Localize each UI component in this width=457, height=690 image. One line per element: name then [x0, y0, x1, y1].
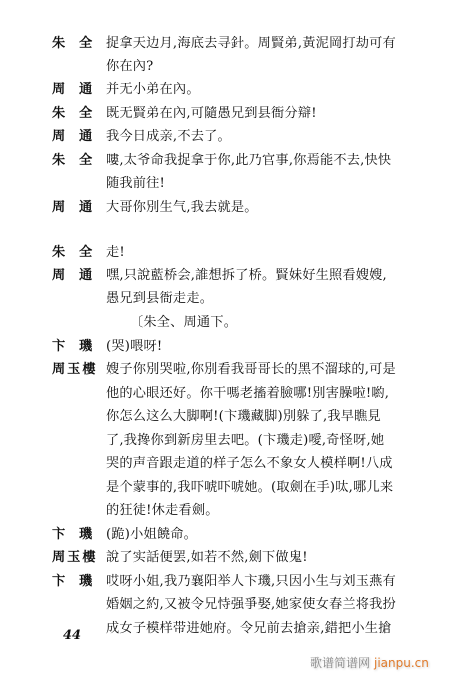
dialogue-line: 愚兄到县衙走走。: [106, 291, 213, 307]
dialogue-line: 随我前往!: [106, 176, 165, 192]
speaker-label: 周通: [52, 82, 92, 98]
dialogue-line: 你在內?: [106, 59, 153, 75]
speaker-label: 卞璣: [52, 339, 92, 355]
watermark-en: jianpu.cn: [374, 656, 429, 670]
speaker-char: 全: [79, 245, 92, 261]
speaker-label: 朱全: [52, 245, 92, 261]
speaker-char: 周: [52, 200, 79, 216]
dialogue-line: 嘿,只說藍桥会,誰想拆了桥。賢妹好生照看嫂嫂,: [106, 268, 387, 284]
speaker-char: 卞: [52, 339, 79, 355]
speaker-label: 朱全: [52, 106, 92, 122]
dialogue-line: 你怎么这么大脚啊!(卞璣藏脚)別躲了,我早瞧見: [106, 409, 381, 425]
speaker-label: 朱全: [52, 36, 92, 52]
speaker-char: 通: [79, 129, 92, 145]
dialogue-line: 說了实話便罢,如若不然,劍下做鬼!: [106, 550, 308, 566]
speaker-label: 朱全: [52, 153, 92, 169]
speaker-char: 璣: [79, 527, 92, 543]
speaker-label: 周通: [52, 200, 92, 216]
speaker-char: 全: [79, 106, 92, 122]
dialogue-line: 成女子模样带进她府。令兄前去搶亲,錯把小生搶: [106, 621, 392, 637]
speaker-char: 璣: [79, 339, 92, 355]
speaker-char: 朱: [52, 245, 79, 261]
speaker-label: 周通: [52, 268, 92, 284]
dialogue-line: 嫂子你別哭啦,你別看我哥哥长的黑不溜球的,可是: [106, 362, 396, 378]
dialogue-line: (跪)小姐饒命。: [106, 527, 197, 543]
dialogue-line: 大哥你別生气,我去就是。: [106, 200, 258, 216]
speaker-char: 周: [52, 82, 79, 98]
speaker-char: 璣: [79, 574, 92, 590]
watermark: 歌谱简谱网jianpu.cn: [310, 654, 429, 671]
dialogue-line: 了,我搀你到新房里去吧。(卞璣走)噯,奇怪呀,她: [106, 433, 384, 449]
speaker-label: 周玉樓: [52, 362, 98, 378]
speaker-char: 卞: [52, 527, 79, 543]
speaker-char: 周: [52, 129, 79, 145]
speaker-label: 卞璣: [52, 527, 92, 543]
dialogue-line: 婚姻之約,又被令兄恃强爭娶,她家使女春兰将我扮: [106, 597, 396, 613]
dialogue-line: 捉拿天边月,海底去寻針。周賢弟,黃泥岡打劫可有: [106, 36, 396, 52]
dialogue-line: 并无小弟在內。: [106, 82, 200, 98]
speaker-char: 朱: [52, 36, 79, 52]
speaker-char: 全: [79, 36, 92, 52]
dialogue-line: 嘍,太爷命我捉拿于你,此乃官事,你焉能不去,快快: [106, 153, 391, 169]
dialogue-line: 哎呀小姐,我乃襄阳举人卞璣,只因小生与刘玉燕有: [106, 574, 396, 590]
dialogue-line: (哭)喂呀!: [106, 339, 162, 355]
dialogue-line: 我今日成亲,不去了。: [106, 129, 231, 145]
watermark-cn: 歌谱简谱网: [310, 656, 370, 670]
speaker-char: 朱: [52, 106, 79, 122]
dialogue-line: 既无賢弟在內,可隨愚兄到县衙分辯!: [106, 106, 317, 122]
speaker-char: 周: [52, 268, 79, 284]
dialogue-line: 的狂徒!休走看劍。: [106, 503, 219, 519]
speaker-label: 周通: [52, 129, 92, 145]
dialogue-line: 哭的声音跟走道的样子怎么不象女人模样啊!八成: [106, 456, 393, 472]
speaker-char: 通: [79, 268, 92, 284]
script-page: 朱全 捉拿天边月,海底去寻針。周賢弟,黃泥岡打劫可有 你在內? 周通 并无小弟在…: [0, 0, 457, 690]
page-number: 44: [63, 628, 81, 643]
speaker-char: 朱: [52, 153, 79, 169]
dialogue-line: 走!: [106, 245, 125, 261]
speaker-label: 周玉樓: [52, 550, 98, 566]
dialogue-line: 他的心眼还好。你干嗎老搐着臉哪!別害臊啦!喲,: [106, 386, 389, 402]
speaker-char: 通: [79, 200, 92, 216]
speaker-char: 通: [79, 82, 92, 98]
stage-direction: 〔朱全、周通下。: [130, 315, 237, 331]
dialogue-line: 是个蒙事的,我吓唬吓唬她。(取劍在手)呔,哪儿来: [106, 480, 393, 496]
speaker-label: 卞璣: [52, 574, 92, 590]
speaker-char: 卞: [52, 574, 79, 590]
speaker-char: 全: [79, 153, 92, 169]
